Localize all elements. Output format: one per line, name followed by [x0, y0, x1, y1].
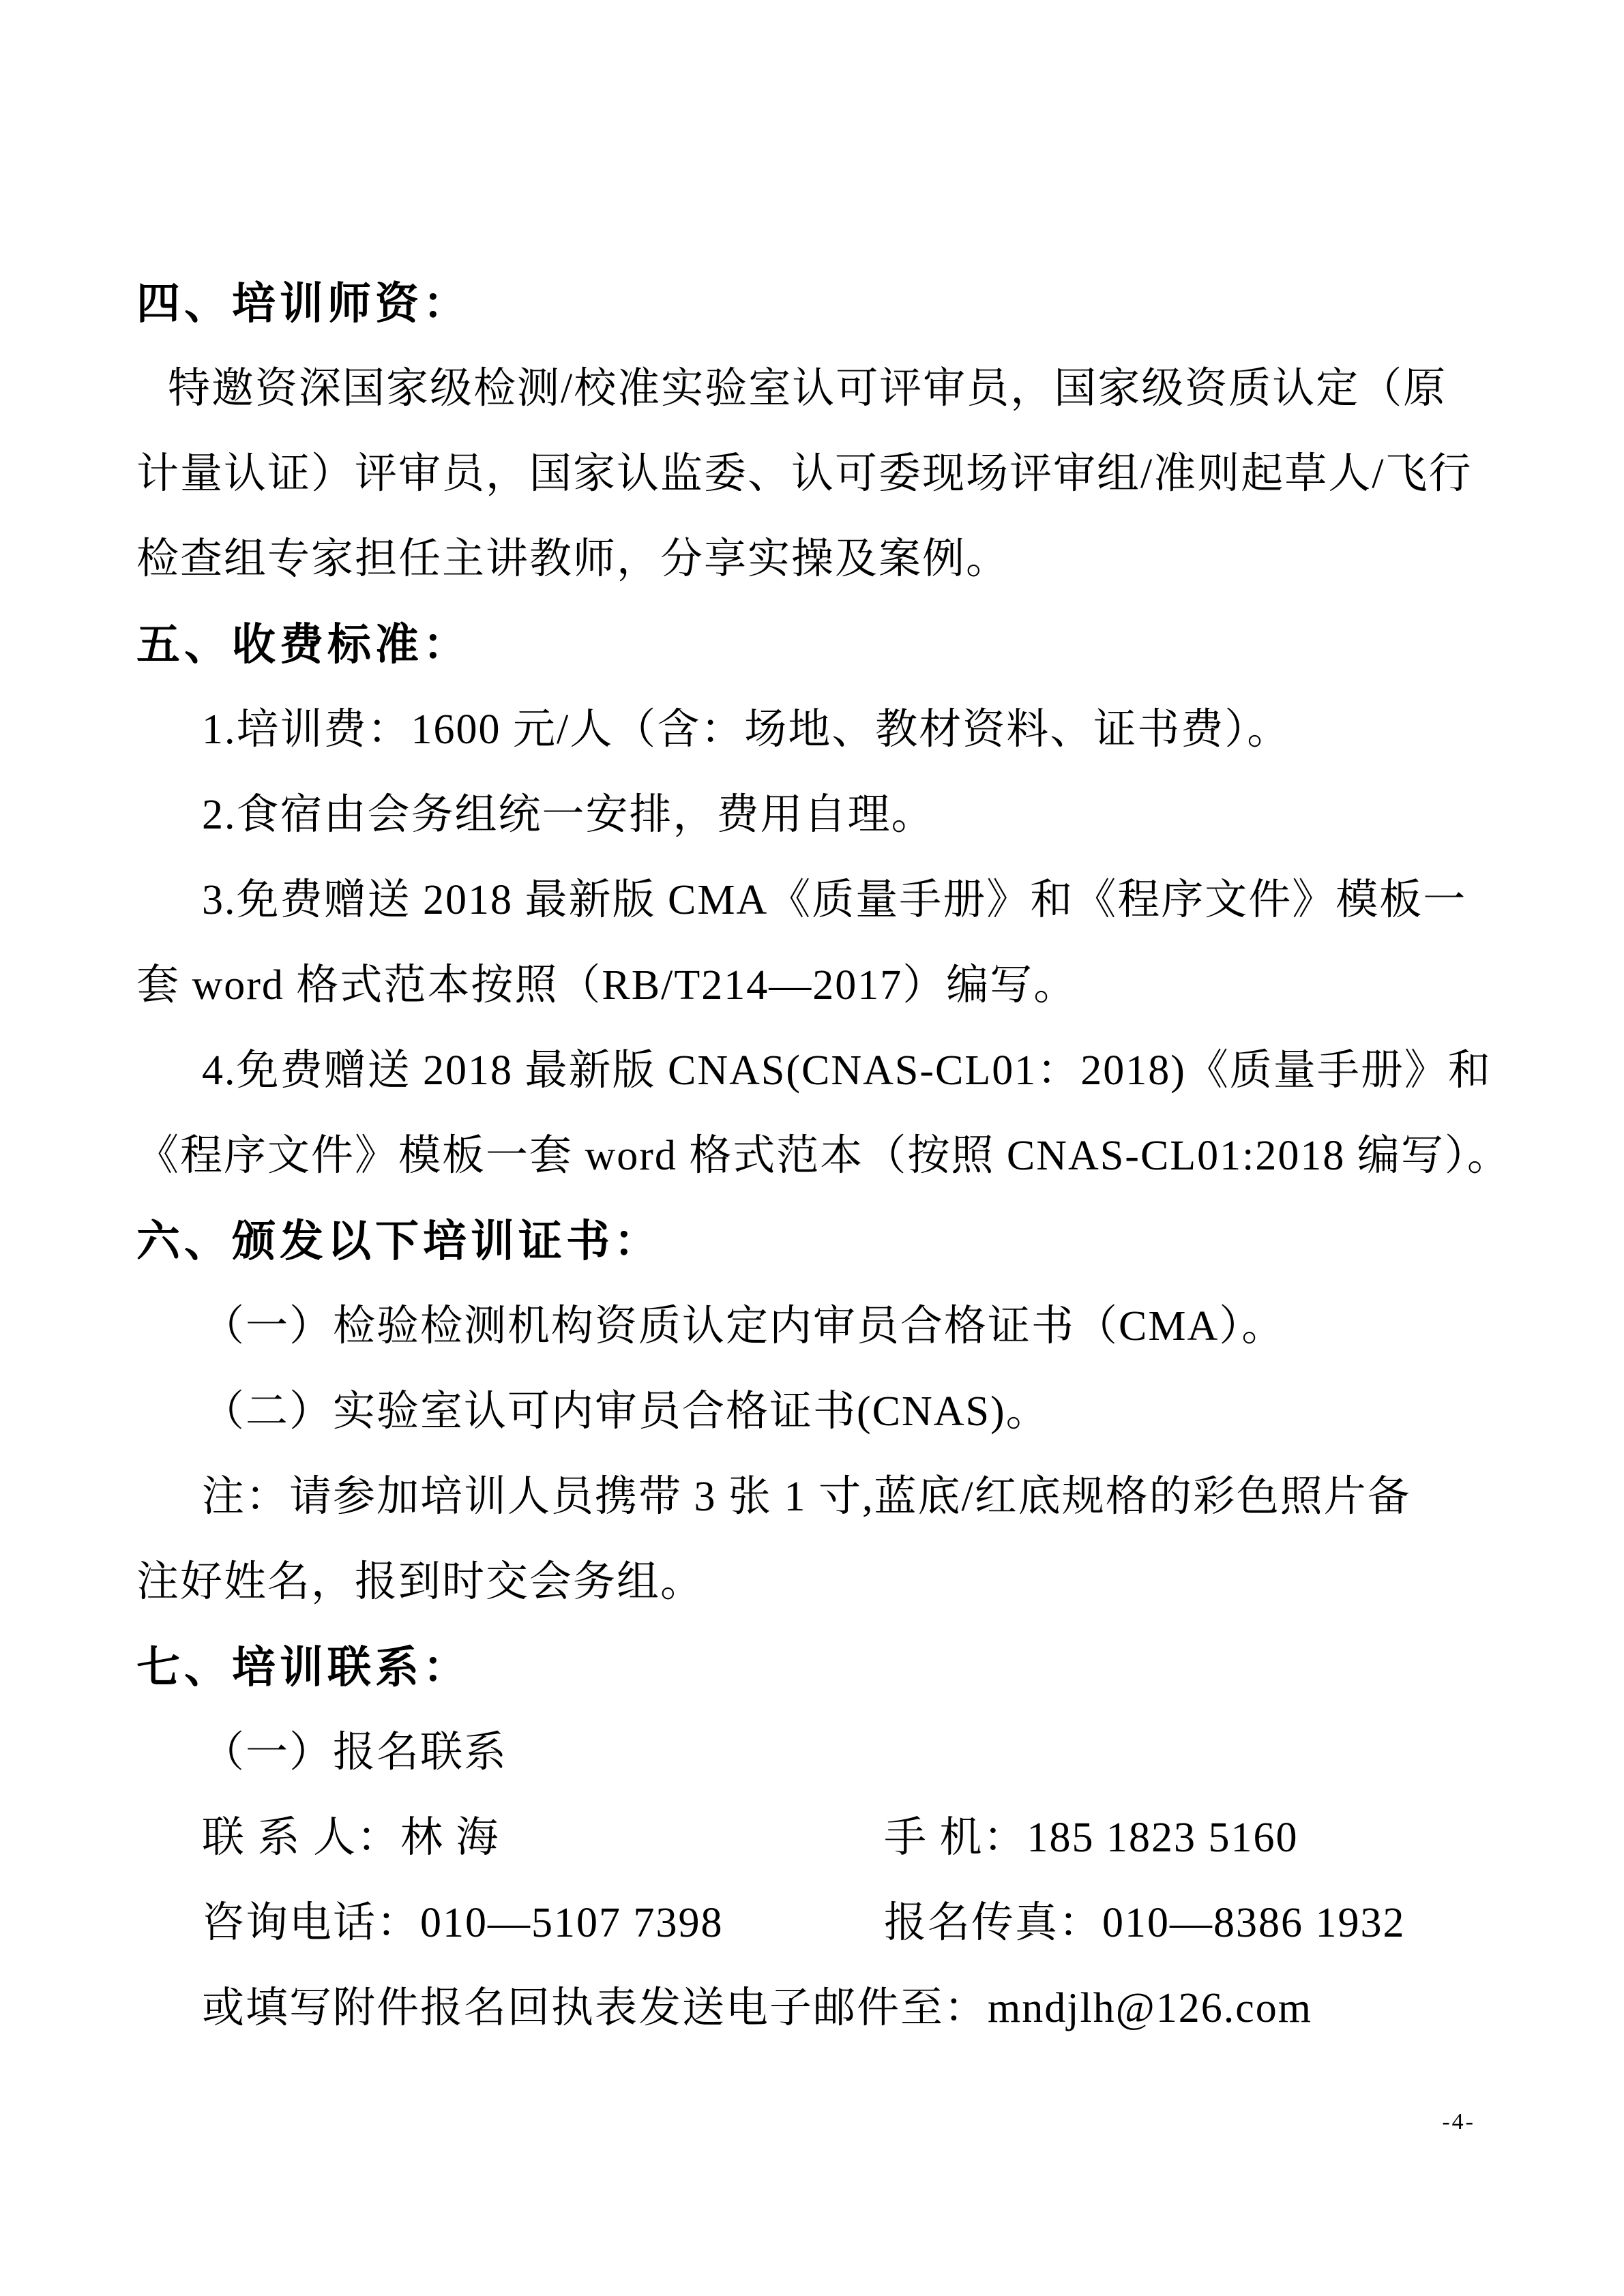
contact-person-label: 联 系 人：林 海 — [202, 1795, 884, 1881]
section-6-note-line-2: 注好姓名，报到时交会务组。 — [136, 1540, 1489, 1625]
section-4-paragraph-line-1: 特邀资深国家级检测/校准实验室认可评审员，国家级资质认定（原 — [136, 346, 1489, 432]
page-number: -4- — [1442, 2108, 1475, 2136]
contact-phone-label: 咨询电话：010—5107 7398 — [202, 1881, 884, 1966]
section-5-item-2: 2.食宿由会务组统一安排，费用自理。 — [136, 773, 1489, 858]
section-5-item-3-line-1: 3.免费赠送 2018 最新版 CMA《质量手册》和《程序文件》模板一 — [136, 858, 1489, 943]
section-6-item-1: （一）检验检测机构资质认定内审员合格证书（CMA）。 — [136, 1284, 1489, 1369]
section-7-sub-heading: （一）报名联系 — [136, 1710, 1489, 1795]
section-4-heading: 四、培训师资： — [136, 261, 1489, 346]
section-5-item-3-line-2: 套 word 格式范本按照（RB/T214—2017）编写。 — [136, 943, 1489, 1028]
contact-fax-label: 报名传真：010—8386 1932 — [884, 1881, 1406, 1966]
section-6-heading: 六、颁发以下培训证书： — [136, 1199, 1489, 1284]
section-5-item-4-line-1: 4.免费赠送 2018 最新版 CNAS(CNAS-CL01：2018)《质量手… — [136, 1028, 1489, 1114]
section-5-heading: 五、收费标准： — [136, 602, 1489, 687]
contact-mobile-label: 手 机：185 1823 5160 — [884, 1795, 1299, 1881]
contact-email-line: 或填写附件报名回执表发送电子邮件至：mndjlh@126.com — [136, 1966, 1489, 2051]
section-7-heading: 七、培训联系： — [136, 1625, 1489, 1710]
section-6-note-line-1: 注：请参加培训人员携带 3 张 1 寸,蓝底/红底规格的彩色照片备 — [136, 1455, 1489, 1540]
document-body: 四、培训师资： 特邀资深国家级检测/校准实验室认可评审员，国家级资质认定（原 计… — [136, 261, 1489, 2051]
contact-row-phone: 咨询电话：010—5107 7398 报名传真：010—8386 1932 — [136, 1881, 1489, 1966]
section-6-item-2: （二）实验室认可内审员合格证书(CNAS)。 — [136, 1369, 1489, 1455]
contact-row-person: 联 系 人：林 海 手 机：185 1823 5160 — [136, 1795, 1489, 1881]
section-4-paragraph-line-3: 检查组专家担任主讲教师，分享实操及案例。 — [136, 517, 1489, 602]
section-5-item-1: 1.培训费：1600 元/人（含：场地、教材资料、证书费）。 — [136, 687, 1489, 773]
document-page: 四、培训师资： 特邀资深国家级检测/校准实验室认可评审员，国家级资质认定（原 计… — [0, 0, 1624, 2296]
section-5-item-4-line-2: 《程序文件》模板一套 word 格式范本（按照 CNAS-CL01:2018 编… — [136, 1114, 1489, 1199]
section-4-paragraph-line-2: 计量认证）评审员，国家认监委、认可委现场评审组/准则起草人/飞行 — [136, 432, 1489, 517]
